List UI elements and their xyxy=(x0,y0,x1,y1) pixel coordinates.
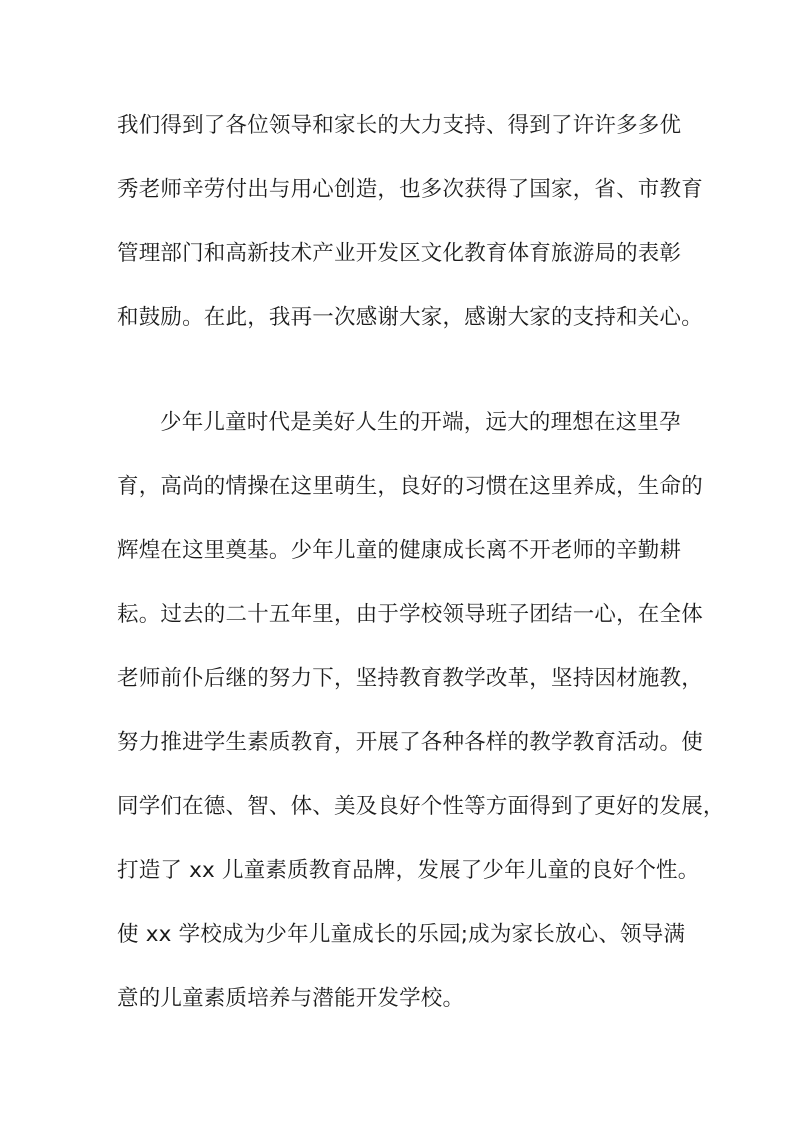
text-line: 努力推进学生素质教育，开展了各种各样的教学教育活动。使 xyxy=(117,730,703,756)
text-line: 少年儿童时代是美好人生的开端，远大的理想在这里孕 xyxy=(160,410,681,436)
text-line: 育，高尚的情操在这里萌生，良好的习惯在这里养成，生命的 xyxy=(117,474,703,500)
text-line: 同学们在德、智、体、美及良好个性等方面得到了更好的发展， xyxy=(117,794,725,820)
text-line: 我们得到了各位领导和家长的大力支持、得到了许许多多优 xyxy=(117,113,681,139)
text-line: 辉煌在这里奠基。少年儿童的健康成长离不开老师的辛勤耕 xyxy=(117,538,681,564)
text-line: 老师前仆后继的努力下，坚持教育教学改革，坚持因材施教， xyxy=(117,666,703,692)
text-line: 耘。过去的二十五年里，由于学校领导班子团结一心，在全体 xyxy=(117,602,703,628)
text-line: 和鼓励。在此，我再一次感谢大家，感谢大家的支持和关心。 xyxy=(117,305,703,331)
text-line: 秀老师辛劳付出与用心创造，也多次获得了国家，省、市教育 xyxy=(117,177,703,203)
document-page: 我们得到了各位领导和家长的大力支持、得到了许许多多优 秀老师辛劳付出与用心创造，… xyxy=(0,0,793,1122)
text-line: 打造了 xx 儿童素质教育品牌，发展了少年儿童的良好个性。 xyxy=(117,858,699,884)
text-line: 使 xx 学校成为少年儿童成长的乐园;成为家长放心、领导满 xyxy=(117,922,685,948)
text-line: 管理部门和高新技术产业开发区文化教育体育旅游局的表彰 xyxy=(117,241,681,267)
text-line: 意的儿童素质培养与潜能开发学校。 xyxy=(117,986,464,1012)
